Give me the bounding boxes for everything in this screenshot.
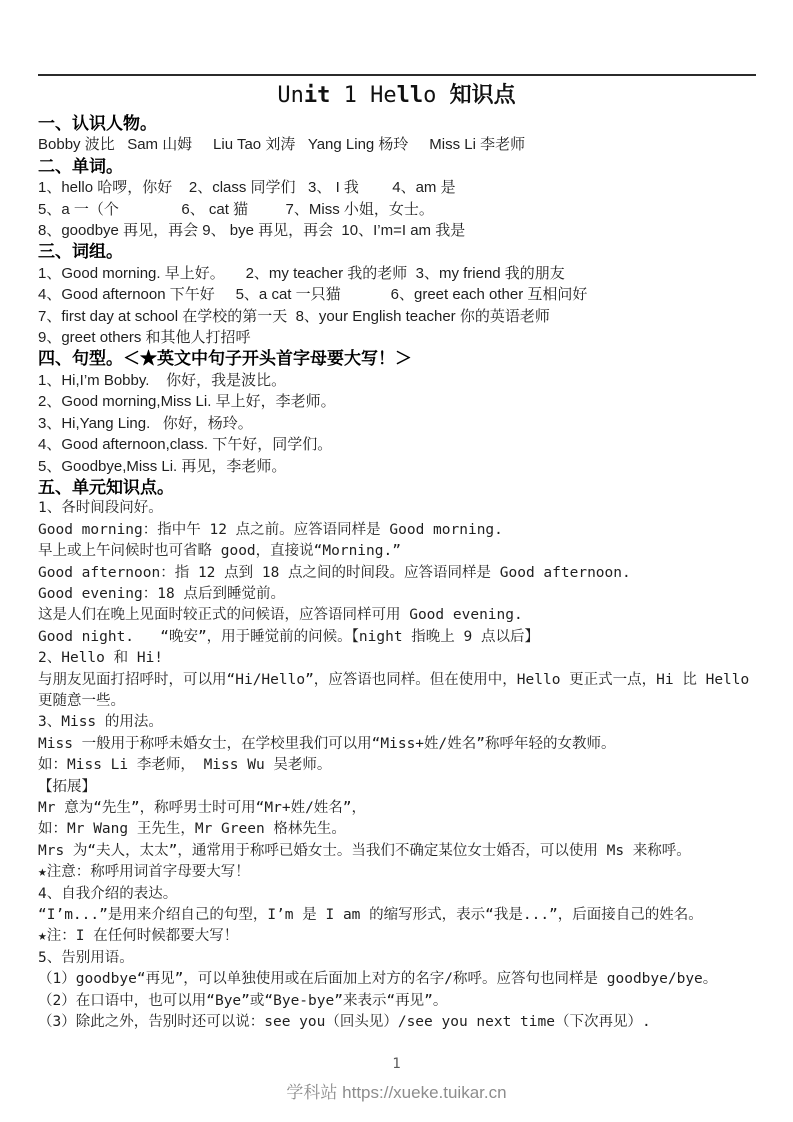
text-line: 3、Hi,Yang Ling. 你好，杨玲。 bbox=[38, 413, 763, 434]
header-rule bbox=[38, 74, 756, 76]
section-heading-sentences: 四、句型。＜★英文中句子开头首字母要大写！＞ bbox=[38, 348, 763, 369]
text-line: Good afternoon：指 12 点到 18 点之间的时间段。应答语同样是… bbox=[38, 563, 763, 584]
section-sentences: 四、句型。＜★英文中句子开头首字母要大写！＞ 1、Hi,I’m Bobby. 你… bbox=[38, 348, 763, 476]
title-part: ll bbox=[397, 83, 424, 108]
section-words: 二、单词。 1、hello 哈啰，你好 2、class 同学们 3、 I 我 4… bbox=[38, 156, 763, 242]
text-line: 8、goodbye 再见，再会 9、 bye 再见，再会 10、I’m=I am… bbox=[38, 220, 763, 241]
text-line: 如：Miss Li 李老师， Miss Wu 吴老师。 bbox=[38, 755, 763, 776]
section-heading-people: 一、认识人物。 bbox=[38, 113, 763, 134]
text-line: 7、first day at school 在学校的第一天 8、your Eng… bbox=[38, 306, 763, 327]
text-line: “I’m...”是用来介绍自己的句型，I’m 是 I am 的缩写形式，表示“我… bbox=[38, 905, 763, 926]
page-number: 1 bbox=[0, 1054, 793, 1074]
document-body: 一、认识人物。 Bobby 波比 Sam 山姆 Liu Tao 刘涛 Yang … bbox=[38, 113, 763, 1033]
title-part: Un bbox=[277, 83, 304, 108]
text-line: 5、告别用语。 bbox=[38, 948, 763, 969]
text-line: 【拓展】 bbox=[38, 777, 763, 798]
text-line: 4、Good afternoon 下午好 5、a cat 一只猫 6、greet… bbox=[38, 284, 763, 305]
text-line: Good night. “晚安”，用于睡觉前的问候。【night 指晚上 9 点… bbox=[38, 627, 763, 648]
text-line: 2、Good morning,Miss Li. 早上好，李老师。 bbox=[38, 391, 763, 412]
document-page: Unit 1 Hello 知识点 一、认识人物。 Bobby 波比 Sam 山姆… bbox=[0, 0, 793, 1122]
text-line: Good morning：指中午 12 点之前。应答语同样是 Good morn… bbox=[38, 520, 763, 541]
text-line: 5、Goodbye,Miss Li. 再见，李老师。 bbox=[38, 456, 763, 477]
page-footer: 1 学科站 https://xueke.tuikar.cn bbox=[0, 1054, 793, 1104]
title-part: 知识点 bbox=[450, 83, 516, 108]
section-heading-phrases: 三、词组。 bbox=[38, 241, 763, 262]
footer-site-url: 学科站 https://xueke.tuikar.cn bbox=[0, 1082, 793, 1104]
text-line: 1、Good morning. 早上好。 2、my teacher 我的老师 3… bbox=[38, 263, 763, 284]
text-line: 1、hello 哈啰，你好 2、class 同学们 3、 I 我 4、am 是 bbox=[38, 177, 763, 198]
title-part: it bbox=[304, 83, 331, 108]
title-part: o bbox=[423, 83, 450, 108]
section-knowledge: 五、单元知识点。 1、各时间段问好。 Good morning：指中午 12 点… bbox=[38, 477, 763, 1034]
text-line: 4、Good afternoon,class. 下午好，同学们。 bbox=[38, 434, 763, 455]
text-line: （3）除此之外，告别时还可以说：see you（回头见）/see you nex… bbox=[38, 1012, 763, 1033]
text-line: 1、Hi,I’m Bobby. 你好，我是波比。 bbox=[38, 370, 763, 391]
text-line: （2）在口语中，也可以用“Bye”或“Bye-bye”来表示“再见”。 bbox=[38, 991, 763, 1012]
text-line: ★注：I 在任何时候都要大写！ bbox=[38, 926, 763, 947]
text-line: Good evening：18 点后到睡觉前。 bbox=[38, 584, 763, 605]
text-line: 4、自我介绍的表达。 bbox=[38, 884, 763, 905]
text-line: Mrs 为“夫人，太太”，通常用于称呼已婚女士。当我们不确定某位女士婚否，可以使… bbox=[38, 841, 763, 862]
text-line: ★注意：称呼用词首字母要大写！ bbox=[38, 862, 763, 883]
section-people: 一、认识人物。 Bobby 波比 Sam 山姆 Liu Tao 刘涛 Yang … bbox=[38, 113, 763, 156]
text-line: 1、各时间段问好。 bbox=[38, 498, 763, 519]
text-line: 如：Mr Wang 王先生，Mr Green 格林先生。 bbox=[38, 819, 763, 840]
section-phrases: 三、词组。 1、Good morning. 早上好。 2、my teacher … bbox=[38, 241, 763, 348]
text-line: 更随意一些。 bbox=[38, 691, 763, 712]
text-line: 2、Hello 和 Hi! bbox=[38, 648, 763, 669]
section-heading-words: 二、单词。 bbox=[38, 156, 763, 177]
title-part: 1 He bbox=[330, 83, 396, 108]
page-title: Unit 1 Hello 知识点 bbox=[0, 80, 793, 112]
text-line: 这是人们在晚上见面时较正式的问候语，应答语同样可用 Good evening. bbox=[38, 605, 763, 626]
text-line: Mr 意为“先生”，称呼男士时可用“Mr+姓/姓名”， bbox=[38, 798, 763, 819]
text-line: Bobby 波比 Sam 山姆 Liu Tao 刘涛 Yang Ling 杨玲 … bbox=[38, 134, 763, 155]
text-line: （1）goodbye“再见”，可以单独使用或在后面加上对方的名字/称呼。应答句也… bbox=[38, 969, 763, 990]
text-line: 3、Miss 的用法。 bbox=[38, 712, 763, 733]
text-line: 早上或上午问候时也可省略 good，直接说“Morning.” bbox=[38, 541, 763, 562]
section-heading-knowledge: 五、单元知识点。 bbox=[38, 477, 763, 498]
text-line: 5、a 一（个 6、 cat 猫 7、Miss 小姐，女士。 bbox=[38, 199, 763, 220]
text-line: 9、greet others 和其他人打招呼 bbox=[38, 327, 763, 348]
text-line: 与朋友见面打招呼时，可以用“Hi/Hello”，应答语也同样。但在使用中，Hel… bbox=[38, 670, 763, 691]
text-line: Miss 一般用于称呼未婚女士，在学校里我们可以用“Miss+姓/姓名”称呼年轻… bbox=[38, 734, 763, 755]
